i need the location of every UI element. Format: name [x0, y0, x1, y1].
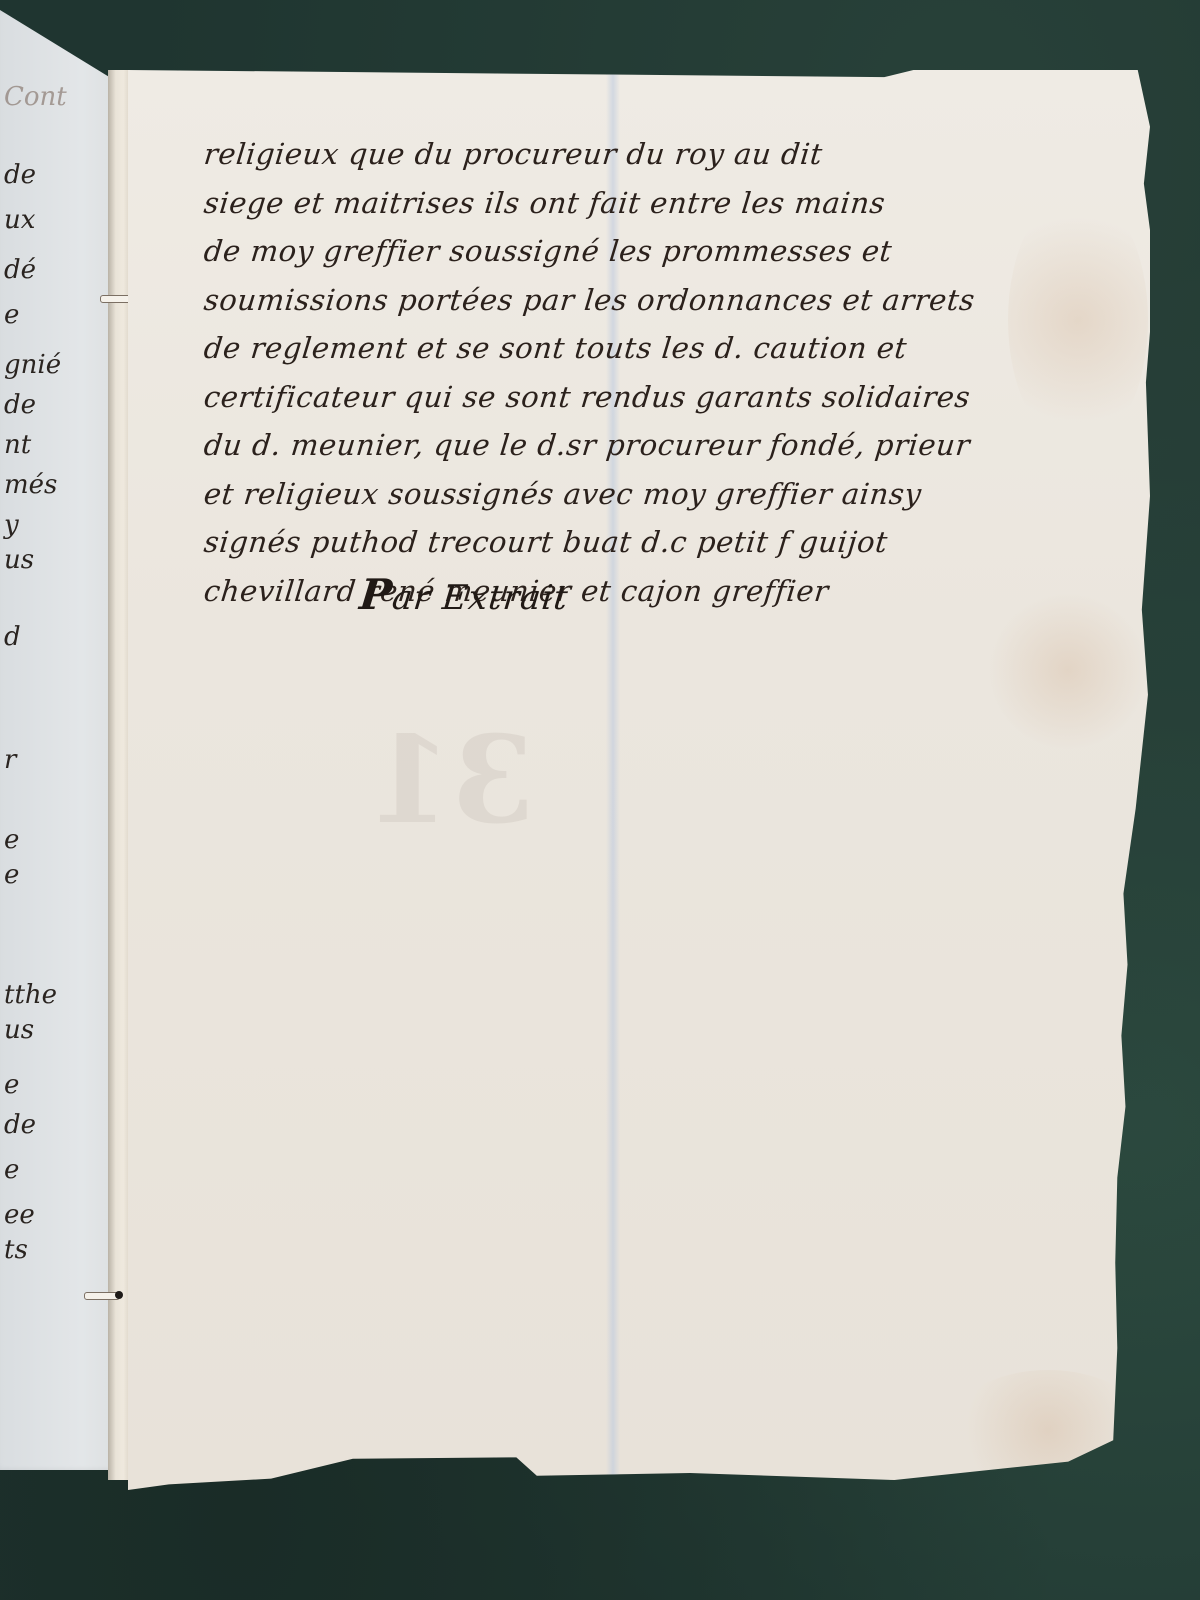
left-page-text-fragment: e [4, 860, 19, 890]
stitch-knot [115, 1291, 123, 1299]
binding-stitch-bottom [84, 1292, 120, 1300]
left-page-text-fragment: tthe [4, 980, 57, 1010]
left-page-text-fragment: y [4, 510, 19, 540]
manuscript-line: soumissions portées par les ordonnances … [201, 276, 1146, 325]
bleed-through-text: 31 [368, 710, 535, 851]
closing-par-extrait: Par Extrait [357, 570, 571, 619]
manuscript-line: religieux que du procureur du roy au dit [201, 130, 1146, 179]
manuscript-line: de reglement et se sont touts les d. cau… [201, 324, 1146, 373]
left-page-text-fragment: més [4, 470, 57, 500]
closing-rest: ar Extrait [390, 578, 570, 618]
manuscript-line: chevillard rené meunier et cajon greffie… [201, 567, 1146, 616]
manuscript-line: signés puthod trecourt buat d.c petit f … [201, 518, 1146, 567]
left-page-text-fragment: r [4, 745, 16, 775]
binding-gutter [108, 70, 130, 1480]
main-page: 31 religieux que du procureur du roy au … [128, 70, 1150, 1490]
manuscript-line: certificateur qui se sont rendus garants… [201, 373, 1146, 422]
closing-initial: P [357, 570, 395, 619]
left-page-text-fragment: gnié [4, 350, 61, 380]
left-page-text-fragment: ts [4, 1235, 28, 1265]
left-page-text-fragment: e [4, 1155, 19, 1185]
left-page-text-fragment: dé [4, 255, 36, 285]
left-page-text-fragment: e [4, 1070, 19, 1100]
left-page-text-fragment: de [4, 1110, 36, 1140]
left-page-text-fragment: ee [4, 1200, 35, 1230]
left-page-text-fragment: us [4, 545, 34, 575]
manuscript-line: de moy greffier soussigné les prommesses… [201, 227, 1146, 276]
left-page-text-fragment: ux [4, 205, 35, 235]
left-page-text-fragment: de [4, 160, 36, 190]
left-page-text-fragment: Cont [4, 82, 67, 112]
manuscript-line: du d. meunier, que le d.sr procureur fon… [201, 421, 1146, 470]
left-page-text-fragment: e [4, 825, 19, 855]
handwritten-text-block: religieux que du procureur du roy au dit… [204, 130, 1144, 615]
left-page-text-fragment: e [4, 300, 19, 330]
left-page-text-fragment: de [4, 390, 36, 420]
left-page-text-fragment: d [4, 622, 21, 652]
manuscript-line: siege et maitrises ils ont fait entre le… [201, 179, 1146, 228]
left-page-text-fragment: nt [4, 430, 31, 460]
manuscript-line: et religieux soussignés avec moy greffie… [201, 470, 1146, 519]
left-page-text-fragment: us [4, 1015, 34, 1045]
